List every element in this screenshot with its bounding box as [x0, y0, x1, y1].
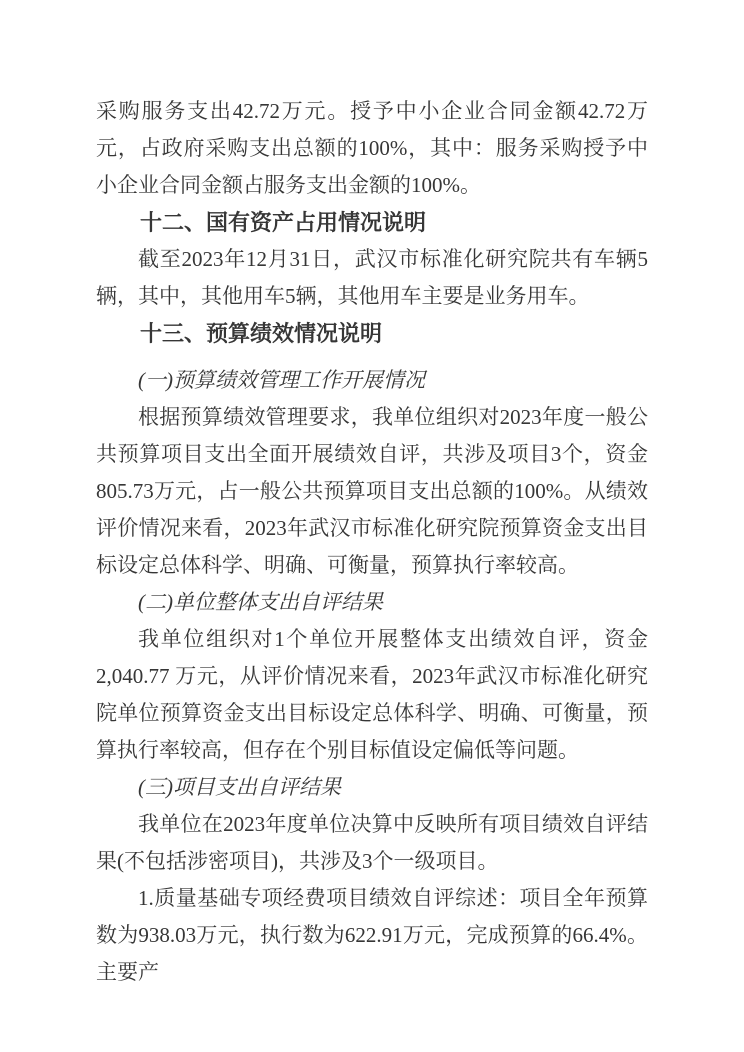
section-heading-12-state-assets: 十二、国有资产占用情况说明: [96, 204, 648, 241]
paragraph-project-1-quality-fund: 1.质量基础专项经费项目绩效自评综述：项目全年预算数为938.03万元，执行数为…: [96, 880, 648, 991]
paragraph-project-results-scope: 我单位在2023年度单位决算中反映所有项目绩效自评结果(不包括涉密项目)，共涉及…: [96, 806, 648, 880]
sub-heading-1-performance-management: (一)预算绩效管理工作开展情况: [96, 362, 648, 399]
sub-heading-2-unit-overall-self-assessment: (二)单位整体支出自评结果: [96, 584, 648, 621]
section-heading-13-budget-performance: 十三、预算绩效情况说明: [96, 315, 648, 352]
paragraph-procurement-continued: 采购服务支出42.72万元。授予中小企业合同金额42.72万元，占政府采购支出总…: [96, 93, 648, 204]
document-page: 采购服务支出42.72万元。授予中小企业合同金额42.72万元，占政府采购支出总…: [0, 0, 744, 1052]
paragraph-state-assets: 截至2023年12月31日，武汉市标准化研究院共有车辆5辆，其中，其他用车5辆，…: [96, 241, 648, 315]
sub-heading-3-project-self-assessment: (三)项目支出自评结果: [96, 769, 648, 806]
paragraph-unit-overall-result: 我单位组织对1个单位开展整体支出绩效自评，资金2,040.77 万元，从评价情况…: [96, 621, 648, 769]
paragraph-performance-overview: 根据预算绩效管理要求，我单位组织对2023年度一般公共预算项目支出全面开展绩效自…: [96, 399, 648, 584]
